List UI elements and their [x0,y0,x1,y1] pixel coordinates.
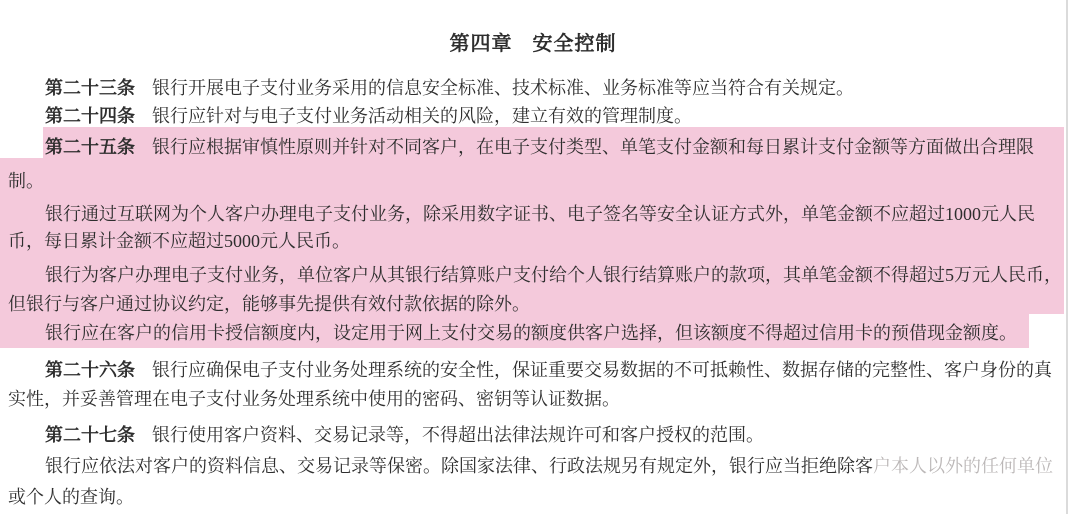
article-26-number: 第二十六条 [45,360,135,380]
chapter-heading[interactable]: 第四章安全控制 [0,27,1066,56]
line-confidentiality-2[interactable]: 或个人的查询。 [8,487,134,507]
corporate-limit-text-l2: 但银行与客户通过协议约定，能够事先提供有效付款依据的除外。 [8,294,530,314]
page-edge-line [1066,0,1068,514]
line-personal-limit-2[interactable]: 币，每日累计金额不应超过5000元人民币。 [8,231,350,251]
article-23-number: 第二十三条 [45,78,135,98]
line-article-25-wrap[interactable]: 制。 [8,171,44,191]
line-corporate-limit-1[interactable]: 银行为客户办理电子支付业务，单位客户从其银行结算账户支付给个人银行结算账户的款项… [45,265,1062,285]
chapter-title: 安全控制 [533,33,617,55]
line-credit-card-limit-selected-end[interactable]: 银行应在客户的信用卡授信额度内，设定用于网上支付交易的额度供客户选择，但该额度不… [0,314,1029,348]
line-article-26-2[interactable]: 实性，并妥善管理在电子支付业务处理系统中使用的密码、密钥等认证数据。 [8,389,620,409]
line-article-23[interactable]: 第二十三条银行开展电子支付业务采用的信息安全标准、技术标准、业务标准等应当符合有… [45,78,854,98]
line-article-25-selected-start[interactable]: 第二十五条银行应根据审慎性原则并针对不同客户，在电子支付类型、单笔支付金额和每日… [43,127,1064,158]
line-article-27[interactable]: 第二十七条银行使用客户资料、交易记录等，不得超出法律法规许可和客户授权的范围。 [45,425,764,445]
credit-card-limit-text: 银行应在客户的信用卡授信额度内，设定用于网上支付交易的额度供客户选择，但该额度不… [45,323,1017,343]
article-26-text-l1: 银行应确保电子支付业务处理系统的安全性，保证重要交易数据的不可抵赖性、数据存储的… [152,360,1052,380]
chapter-number: 第四章 [450,33,513,55]
line-article-26-1[interactable]: 第二十六条银行应确保电子支付业务处理系统的安全性，保证重要交易数据的不可抵赖性、… [45,360,1052,380]
article-25-text-l1: 银行应根据审慎性原则并针对不同客户，在电子支付类型、单笔支付金额和每日累计支付金… [152,137,1034,157]
article-25-text-l2: 制。 [8,171,44,191]
line-personal-limit-1[interactable]: 银行通过互联网为个人客户办理电子支付业务，除采用数字证书、电子签名等安全认证方式… [45,204,1035,224]
line-article-24[interactable]: 第二十四条银行应针对与电子支付业务活动相关的风险，建立有效的管理制度。 [45,106,692,126]
confidentiality-text-faded: 户本人以外的任何单位 [873,456,1053,476]
confidentiality-text-l1: 银行应依法对客户的资料信息、交易记录等保密。除国家法律、行政法规另有规定外，银行… [45,456,873,476]
article-25-number: 第二十五条 [45,137,135,157]
personal-limit-text-l1: 银行通过互联网为个人客户办理电子支付业务，除采用数字证书、电子签名等安全认证方式… [45,204,1035,224]
line-confidentiality-1[interactable]: 银行应依法对客户的资料信息、交易记录等保密。除国家法律、行政法规另有规定外，银行… [45,456,1053,476]
article-26-text-l2: 实性，并妥善管理在电子支付业务处理系统中使用的密码、密钥等认证数据。 [8,389,620,409]
personal-limit-text-l2: 币，每日累计金额不应超过5000元人民币。 [8,231,350,251]
article-27-text: 银行使用客户资料、交易记录等，不得超出法律法规许可和客户授权的范围。 [152,425,764,445]
confidentiality-text-l2: 或个人的查询。 [8,487,134,507]
line-corporate-limit-2[interactable]: 但银行与客户通过协议约定，能够事先提供有效付款依据的除外。 [8,294,530,314]
article-27-number: 第二十七条 [45,425,135,445]
corporate-limit-text-l1: 银行为客户办理电子支付业务，单位客户从其银行结算账户支付给个人银行结算账户的款项… [45,265,1062,285]
article-23-text: 银行开展电子支付业务采用的信息安全标准、技术标准、业务标准等应当符合有关规定。 [152,78,854,98]
article-24-number: 第二十四条 [45,106,135,126]
article-24-text: 银行应针对与电子支付业务活动相关的风险，建立有效的管理制度。 [152,106,692,126]
